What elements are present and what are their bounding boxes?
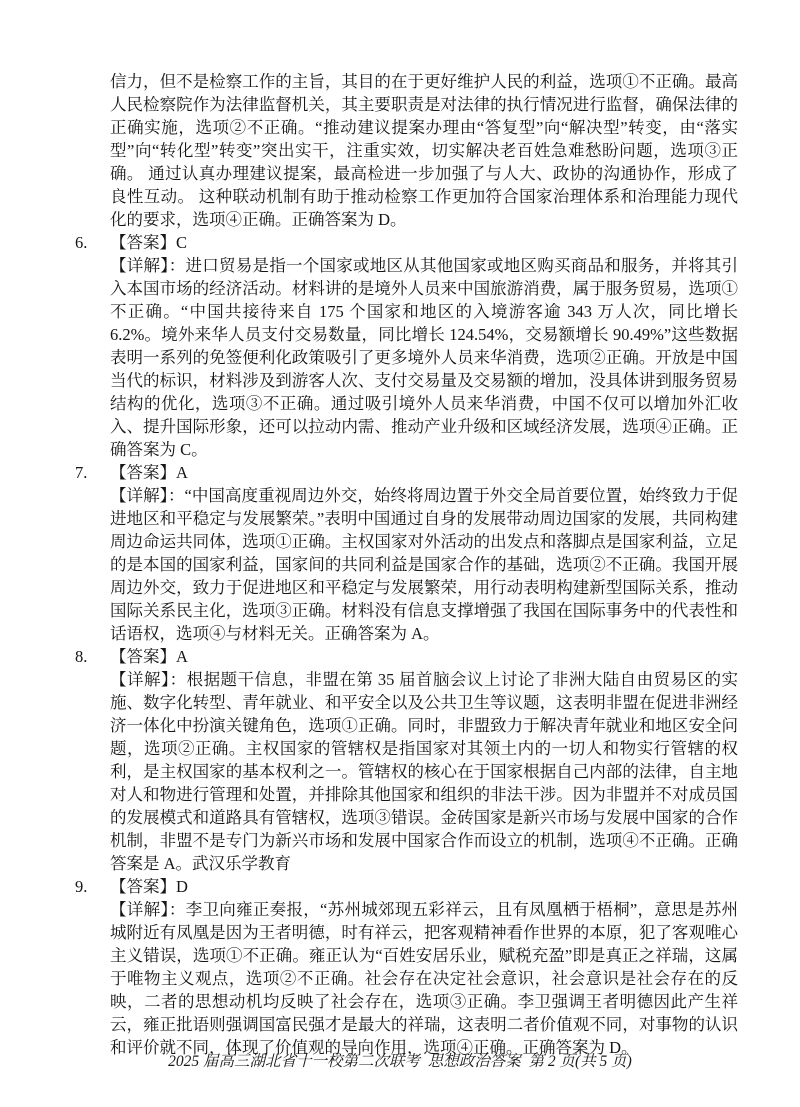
answer-item-7: 7. 【答案】A 【详解】：“中国高度重视周边外交，始终将周边置于外交全局首要位… xyxy=(75,461,738,645)
item-body: 【答案】A 【详解】：根据题干信息，非盟在第 35 届首脑会议上讨论了非洲大陆自… xyxy=(110,645,738,875)
answer-line: 【答案】D xyxy=(110,875,738,898)
detail-paragraph: 【详解】：李卫向雍正奏报，“苏州城郊现五彩祥云，且有凤凰栖于梧桐”，意思是苏州城… xyxy=(110,898,738,1059)
item-body: 【答案】C 【详解】：进口贸易是指一个国家或地区从其他国家或地区购买商品和服务，… xyxy=(110,231,738,461)
answer-item-9: 9. 【答案】D 【详解】：李卫向雍正奏报，“苏州城郊现五彩祥云，且有凤凰栖于梧… xyxy=(75,875,738,1059)
answer-item-8: 8. 【答案】A 【详解】：根据题干信息，非盟在第 35 届首脑会议上讨论了非洲… xyxy=(75,645,738,875)
answer-sheet-content: 信力，但不是检察工作的主旨，其目的在于更好维护人民的利益，选项①不正确。最高人民… xyxy=(75,70,738,1059)
answer-line: 【答案】A xyxy=(110,645,738,668)
item-body: 【答案】A 【详解】：“中国高度重视周边外交，始终将周边置于外交全局首要位置，始… xyxy=(110,461,738,645)
item-number: 7. xyxy=(75,461,110,484)
answer-line: 【答案】A xyxy=(110,461,738,484)
page-footer: 2025 届高三湖北省十一校第二次联考 思想政治答案 第 2 页(共 5 页) xyxy=(0,1052,800,1072)
detail-paragraph: 【详解】：根据题干信息，非盟在第 35 届首脑会议上讨论了非洲大陆自由贸易区的实… xyxy=(110,668,738,875)
detail-paragraph: 【详解】：进口贸易是指一个国家或地区从其他国家或地区购买商品和服务，并将其引入本… xyxy=(110,254,738,461)
item-number: 8. xyxy=(75,645,110,668)
detail-paragraph: 【详解】：“中国高度重视周边外交，始终将周边置于外交全局首要位置，始终致力于促进… xyxy=(110,484,738,645)
item-number: 9. xyxy=(75,875,110,898)
answer-item-6: 6. 【答案】C 【详解】：进口贸易是指一个国家或地区从其他国家或地区购买商品和… xyxy=(75,231,738,461)
item-body: 【答案】D 【详解】：李卫向雍正奏报，“苏州城郊现五彩祥云，且有凤凰栖于梧桐”，… xyxy=(110,875,738,1059)
answer-line: 【答案】C xyxy=(110,231,738,254)
continuation-paragraph: 信力，但不是检察工作的主旨，其目的在于更好维护人民的利益，选项①不正确。最高人民… xyxy=(110,70,738,231)
item-number: 6. xyxy=(75,231,110,254)
